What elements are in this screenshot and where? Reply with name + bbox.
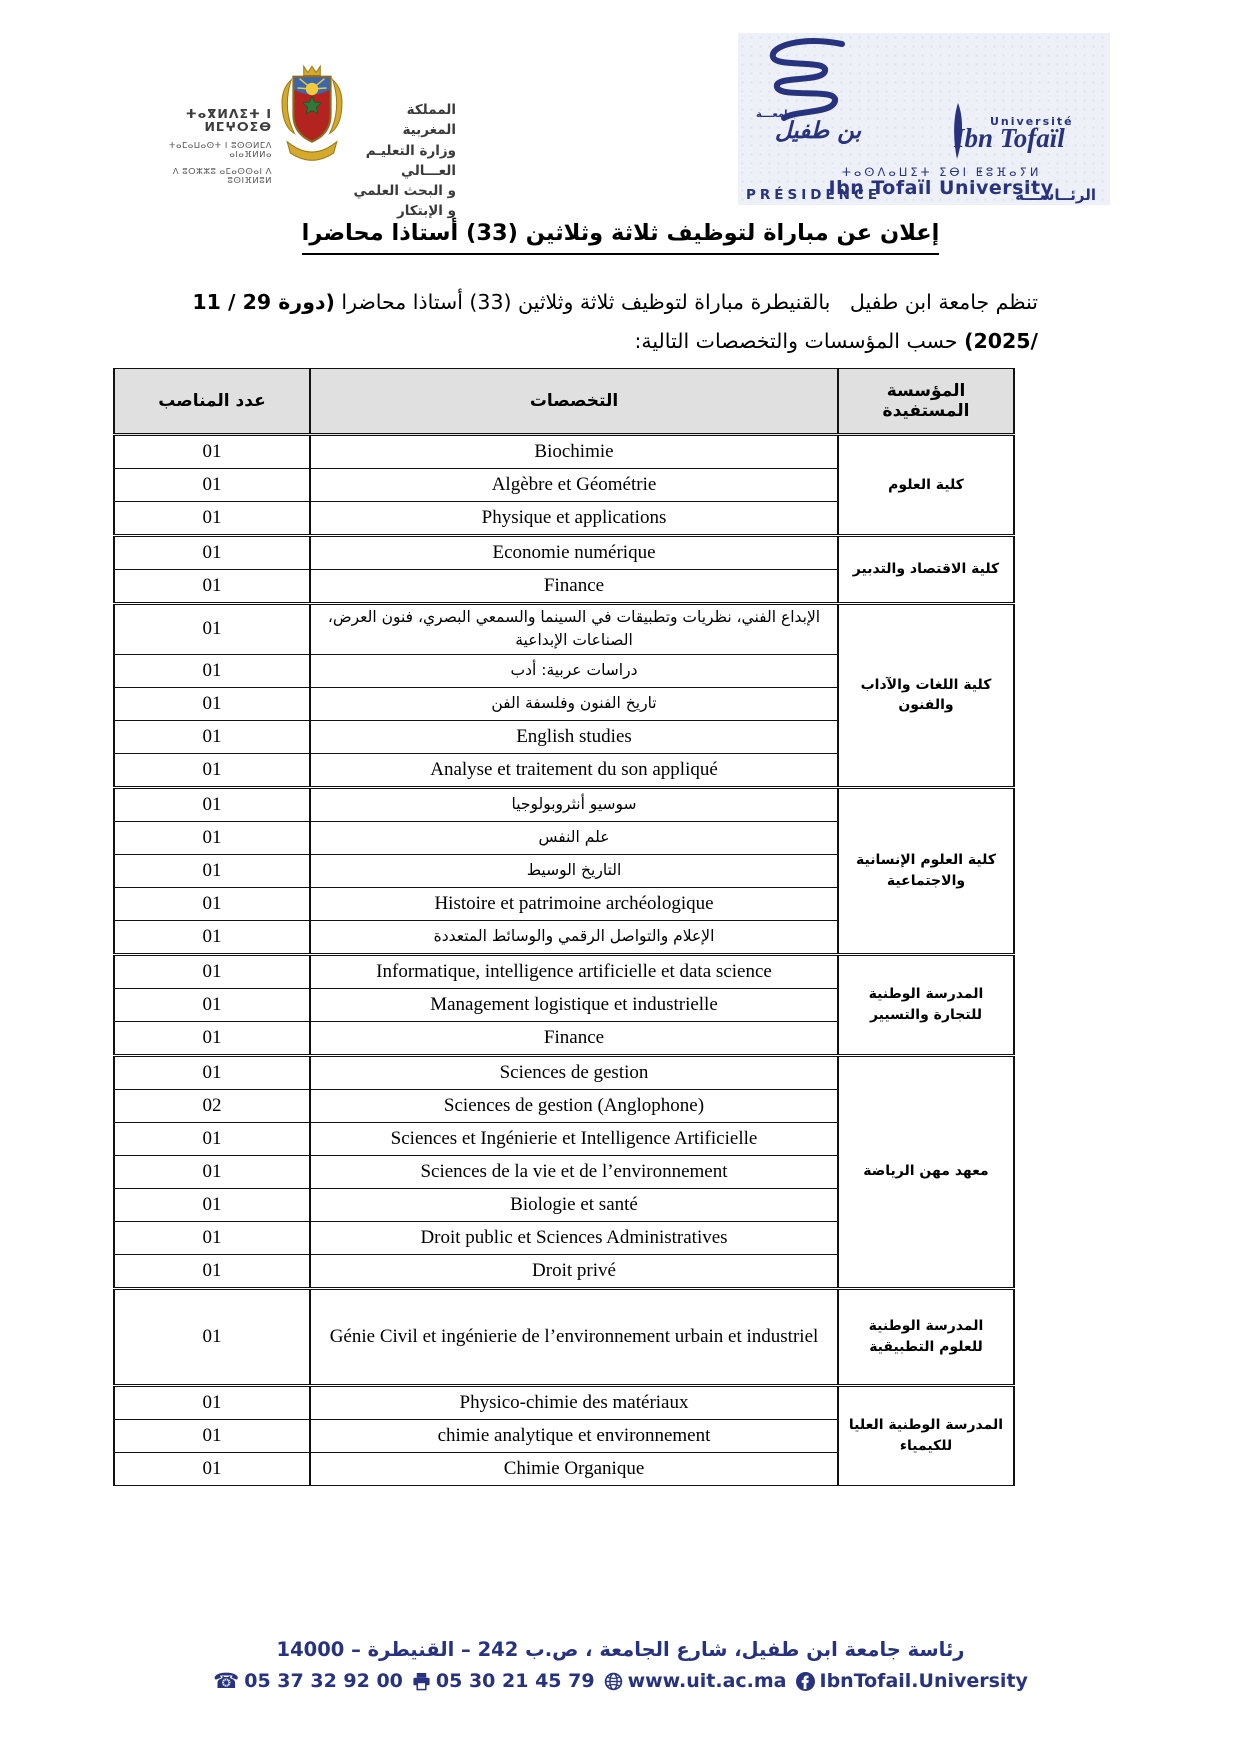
specialty-cell: Economie numérique: [310, 536, 838, 570]
ibn-tofail-arabic: بن طفيل: [738, 118, 898, 144]
ministry-line: وزارة التعليـم العـــالي: [352, 141, 456, 182]
count-cell: 01: [114, 1188, 310, 1221]
count-cell: 01: [114, 920, 310, 954]
specialty-cell: Management logistique et industrielle: [310, 988, 838, 1021]
specialty-cell: الإبداع الفني، نظريات وتطبيقات في السينم…: [310, 604, 838, 655]
specialty-cell: Analyse et traitement du son appliqué: [310, 753, 838, 787]
ministry-tifinagh-block: ⵜⴰⴳⵍⴷⵉⵜ ⵏ ⵍⵎⵖⵔⵉⴱ ⵜⴰⵎⴰⵡⴰⵙⵜ ⵏ ⵓⵙⵙⵍⵎⴷ ⴰⵏⴰⴼⵍ…: [160, 108, 272, 185]
table-row: المدرسة الوطنية للعلوم التطبيقيةGénie Ci…: [114, 1288, 1014, 1385]
count-cell: 01: [114, 1288, 310, 1385]
specialty-cell: Sciences et Ingénierie et Intelligence A…: [310, 1122, 838, 1155]
specialty-cell: Sciences de la vie et de l’environnement: [310, 1155, 838, 1188]
positions-table: المؤسسة المستفيدة التخصصات عدد المناصب ك…: [113, 368, 1015, 1486]
count-cell: 01: [114, 502, 310, 536]
institution-cell: كلية العلوم: [838, 435, 1014, 536]
specialty-cell: Algèbre et Géométrie: [310, 469, 838, 502]
specialty-cell: Chimie Organique: [310, 1452, 838, 1485]
count-cell: 01: [114, 1452, 310, 1485]
count-cell: 01: [114, 854, 310, 887]
ministry-arabic-block: المملكة المغربية وزارة التعليـم العـــال…: [352, 100, 456, 222]
phone-number: 05 37 32 92 00: [244, 1670, 403, 1692]
specialty-cell: Physique et applications: [310, 502, 838, 536]
count-cell: 01: [114, 887, 310, 920]
fax-number: 05 30 21 45 79: [436, 1670, 595, 1692]
institution-cell: كلية الاقتصاد والتدبير: [838, 536, 1014, 604]
university-address: رئاسة جامعة ابن طفيل، شارع الجامعة ، ص.ب…: [0, 1638, 1241, 1661]
count-cell: 01: [114, 536, 310, 570]
count-cell: 01: [114, 753, 310, 787]
kingdom-line: المملكة المغربية: [352, 100, 456, 141]
presidence-line: PRÉSIDENCE الرئــاســـة: [746, 186, 1096, 204]
count-cell: 01: [114, 1021, 310, 1055]
count-cell: 01: [114, 1385, 310, 1419]
university-logo: جـامعـــة بن طفيل Université Ibn Tofaïl …: [738, 33, 1110, 205]
table-row: المدرسة الوطنية للتجارة والتسييرInformat…: [114, 954, 1014, 988]
count-cell: 01: [114, 1254, 310, 1288]
count-cell: 01: [114, 821, 310, 854]
specialty-cell: التاريخ الوسيط: [310, 854, 838, 887]
page-footer: رئاسة جامعة ابن طفيل، شارع الجامعة ، ص.ب…: [0, 1638, 1241, 1692]
table-row: كلية العلومBiochimie01: [114, 435, 1014, 469]
table-row: كلية الاقتصاد والتدبيرEconomie numérique…: [114, 536, 1014, 570]
ministry-tifinagh-line3: ⴷ ⵓⵔⵣⵣⵓ ⴰⵎⴰⵙⵙⴰⵏ ⴷ ⵓⵙⵏⴼⵍⵓⵍ: [160, 168, 272, 185]
specialty-cell: تاريخ الفنون وفلسفة الفن: [310, 687, 838, 720]
table-row: معهد مهن الرياضةSciences de gestion01: [114, 1055, 1014, 1089]
announcement-title-text: إعلان عن مباراة لتوظيف ثلاثة وثلاثين (33…: [302, 220, 940, 255]
count-cell: 01: [114, 720, 310, 753]
table-row: المدرسة الوطنية العليا للكيمياءPhysico-c…: [114, 1385, 1014, 1419]
count-cell: 01: [114, 687, 310, 720]
specialty-cell: English studies: [310, 720, 838, 753]
specialty-cell: Sciences de gestion (Anglophone): [310, 1089, 838, 1122]
specialty-cell: دراسات عربية: أدب: [310, 654, 838, 687]
count-cell: 01: [114, 1122, 310, 1155]
document-page: ⵜⴰⴳⵍⴷⵉⵜ ⵏ ⵍⵎⵖⵔⵉⴱ ⵜⴰⵎⴰⵡⴰⵙⵜ ⵏ ⵓⵙⵙⵍⵎⴷ ⴰⵏⴰⴼⵍ…: [0, 0, 1241, 1755]
ministry-tifinagh-line1: ⵜⴰⴳⵍⴷⵉⵜ ⵏ ⵍⵎⵖⵔⵉⴱ: [160, 108, 272, 133]
specialty-cell: chimie analytique et environnement: [310, 1419, 838, 1452]
specialty-cell: علم النفس: [310, 821, 838, 854]
specialty-cell: Physico-chimie des matériaux: [310, 1385, 838, 1419]
count-cell: 01: [114, 1055, 310, 1089]
count-cell: 01: [114, 954, 310, 988]
count-cell: 02: [114, 1089, 310, 1122]
contact-line: ☎ 05 37 32 92 00 05 30 21 45 79 www: [0, 1670, 1241, 1692]
count-cell: 01: [114, 604, 310, 655]
count-cell: 01: [114, 570, 310, 604]
facebook-item: IbnTofail.University: [796, 1670, 1028, 1692]
facebook-handle: IbnTofail.University: [820, 1670, 1028, 1692]
specialty-cell: Informatique, intelligence artificielle …: [310, 954, 838, 988]
specialty-cell: سوسيو أنثروبولوجيا: [310, 787, 838, 821]
presidence-label-ar: الرئــاســـة: [1015, 186, 1096, 204]
institution-cell: معهد مهن الرياضة: [838, 1055, 1014, 1288]
table-row: كلية اللغات والآداب والفنونالإبداع الفني…: [114, 604, 1014, 655]
intro-line1-text: تنظم جامعة ابن طفيل بالقنيطرة مباراة لتو…: [335, 290, 1038, 314]
intro-line2-text: حسب المؤسسات والتخصصات التالية:: [634, 329, 964, 353]
intro-session-bold-part2: /2025): [964, 329, 1038, 353]
institution-cell: كلية العلوم الإنسانية والاجتماعية: [838, 787, 1014, 954]
count-cell: 01: [114, 469, 310, 502]
phone-icon: ☎: [213, 1671, 239, 1692]
website-url: www.uit.ac.ma: [628, 1670, 787, 1692]
institution-cell: المدرسة الوطنية للتجارة والتسيير: [838, 954, 1014, 1055]
specialty-cell: Génie Civil et ingénierie de l’environne…: [310, 1288, 838, 1385]
count-cell: 01: [114, 988, 310, 1021]
specialty-cell: Droit privé: [310, 1254, 838, 1288]
specialty-cell: Finance: [310, 570, 838, 604]
specialty-cell: Finance: [310, 1021, 838, 1055]
specialty-cell: Biochimie: [310, 435, 838, 469]
specialty-cell: الإعلام والتواصل الرقمي والوسائط المتعدد…: [310, 920, 838, 954]
specialty-cell: Sciences de gestion: [310, 1055, 838, 1089]
globe-icon: [604, 1672, 623, 1691]
institution-cell: المدرسة الوطنية للعلوم التطبيقية: [838, 1288, 1014, 1385]
institution-cell: المدرسة الوطنية العليا للكيمياء: [838, 1385, 1014, 1485]
ministry-tifinagh-line2: ⵜⴰⵎⴰⵡⴰⵙⵜ ⵏ ⵓⵙⵙⵍⵎⴷ ⴰⵏⴰⴼⵍⵍⴰ: [160, 142, 272, 159]
specialty-cell: Droit public et Sciences Administratives: [310, 1221, 838, 1254]
count-cell: 01: [114, 1419, 310, 1452]
fax-printer-icon: [412, 1672, 431, 1691]
table-row: كلية العلوم الإنسانية والاجتماعيةسوسيو أ…: [114, 787, 1014, 821]
announcement-title: إعلان عن مباراة لتوظيف ثلاثة وثلاثين (33…: [0, 220, 1241, 255]
count-cell: 01: [114, 654, 310, 687]
count-cell: 01: [114, 1155, 310, 1188]
presidence-label-fr: PRÉSIDENCE: [746, 187, 881, 203]
phone-item: ☎ 05 37 32 92 00: [213, 1670, 403, 1692]
specialty-cell: Histoire et patrimoine archéologique: [310, 887, 838, 920]
university-arabic-calligraphy: جـامعـــة بن طفيل: [738, 109, 898, 144]
header-institution: المؤسسة المستفيدة: [838, 369, 1014, 435]
count-cell: 01: [114, 1221, 310, 1254]
intro-session-bold-part1: (دورة 29 / 11: [192, 290, 335, 314]
website-item: www.uit.ac.ma: [604, 1670, 787, 1692]
header-count: عدد المناصب: [114, 369, 310, 435]
table-header-row: المؤسسة المستفيدة التخصصات عدد المناصب: [114, 369, 1014, 435]
specialty-cell: Biologie et santé: [310, 1188, 838, 1221]
count-cell: 01: [114, 787, 310, 821]
research-line: و البحث العلمي و الإبتكار: [352, 181, 456, 222]
facebook-icon: [796, 1672, 815, 1691]
morocco-coat-of-arms-icon: [281, 55, 343, 185]
intro-paragraph: تنظم جامعة ابن طفيل بالقنيطرة مباراة لتو…: [170, 283, 1038, 361]
university-name-script: Ibn Tofaïl: [954, 123, 1065, 154]
count-cell: 01: [114, 435, 310, 469]
header-specialty: التخصصات: [310, 369, 838, 435]
institution-cell: كلية اللغات والآداب والفنون: [838, 604, 1014, 788]
fax-item: 05 30 21 45 79: [412, 1670, 595, 1692]
